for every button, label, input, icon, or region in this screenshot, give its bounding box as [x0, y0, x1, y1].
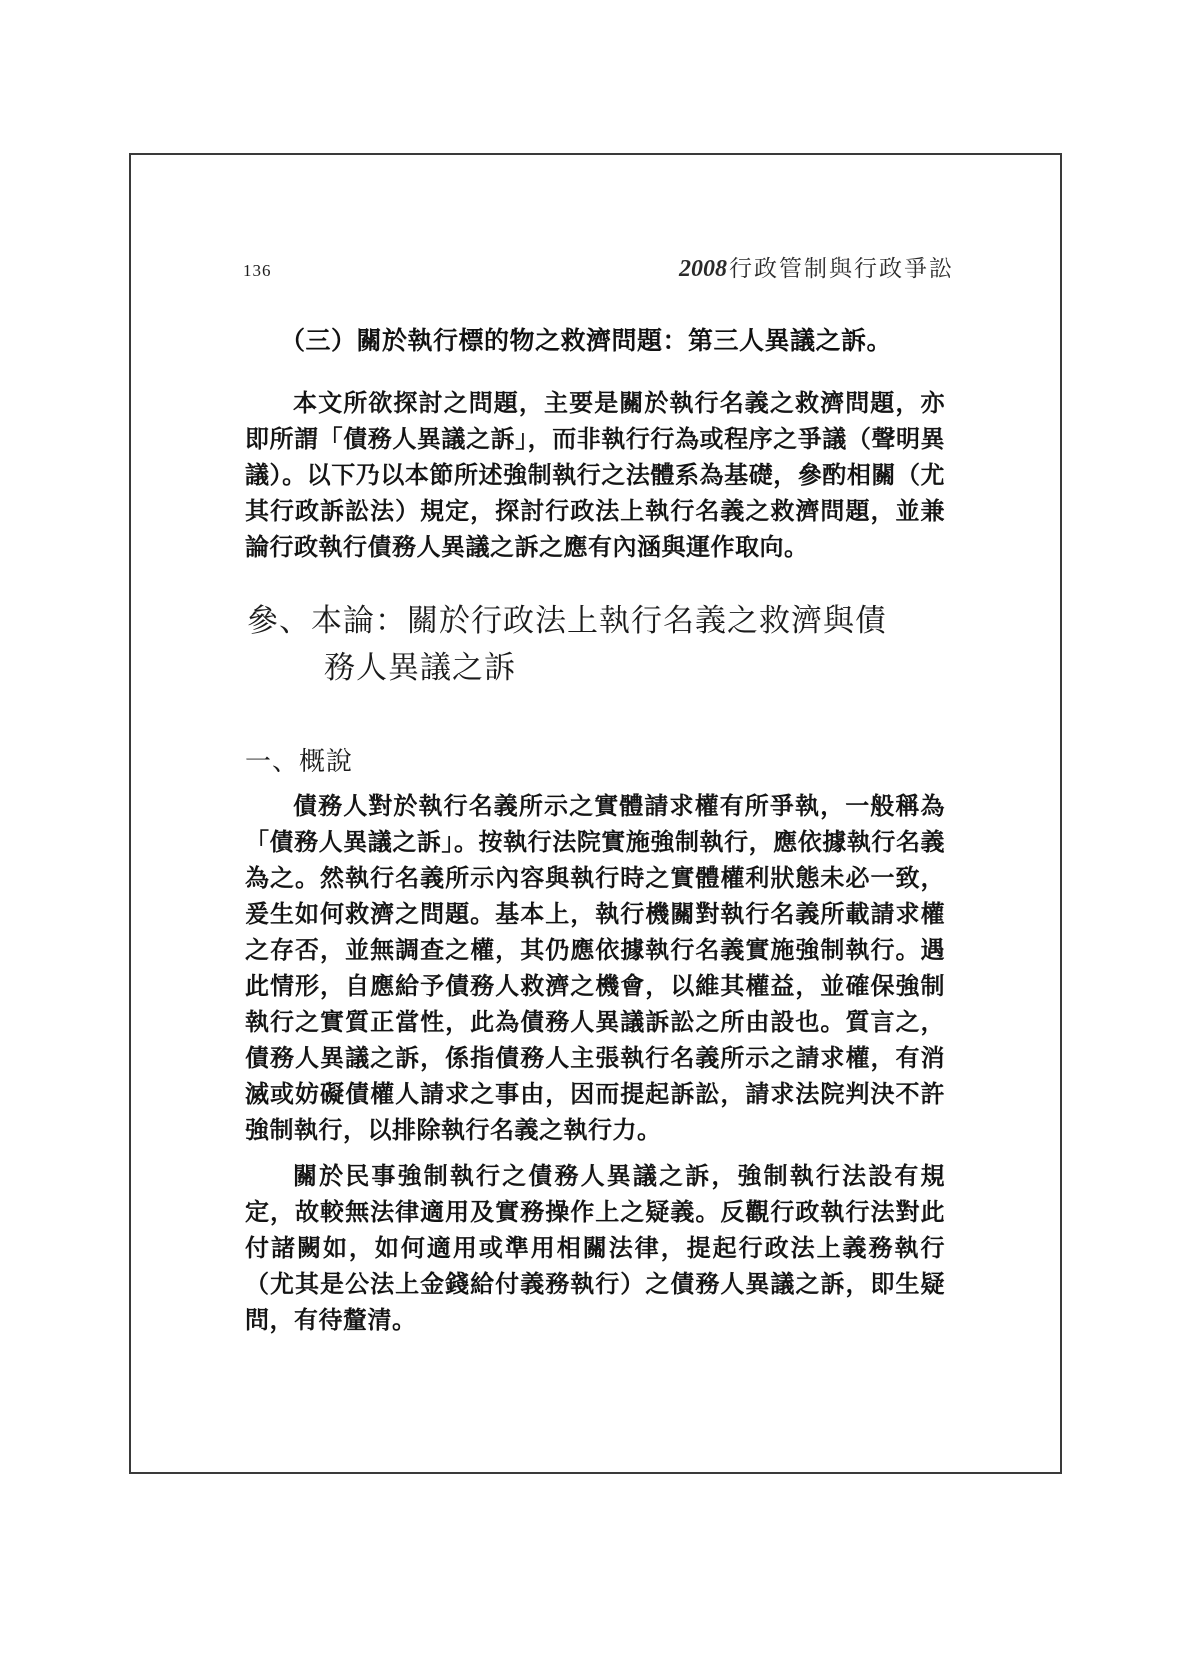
- body-paragraph-1: 債務人對於執行名義所示之實體請求權有所爭執，一般稱為「債務人異議之訴」。按執行法…: [245, 789, 945, 1149]
- section-heading: 參、本論：關於行政法上執行名義之救濟與債務人異議之訴: [247, 597, 904, 691]
- running-header-title: 2008行政管制與行政爭訟: [679, 250, 954, 283]
- page-number: 136: [243, 261, 272, 281]
- subsection-heading: （三）關於執行標的物之救濟問題：第三人異議之訴。: [245, 324, 980, 358]
- body-paragraph-2: 關於民事強制執行之債務人異議之訴，強制執行法設有規定，故較無法律適用及實務操作上…: [245, 1159, 945, 1339]
- overview-heading: 一、概說: [245, 741, 353, 778]
- running-header-text: 行政管制與行政爭訟: [729, 255, 954, 281]
- running-head: 136 2008行政管制與行政爭訟: [243, 250, 954, 283]
- running-header-year: 2008: [679, 256, 727, 282]
- intro-paragraph: 本文所欲探討之問題，主要是關於執行名義之救濟問題，亦即所謂「債務人異議之訴」，而…: [245, 386, 945, 566]
- page-border: 136 2008行政管制與行政爭訟 （三）關於執行標的物之救濟問題：第三人異議之…: [129, 153, 1062, 1474]
- page: 136 2008行政管制與行政爭訟 （三）關於執行標的物之救濟問題：第三人異議之…: [0, 0, 1177, 1664]
